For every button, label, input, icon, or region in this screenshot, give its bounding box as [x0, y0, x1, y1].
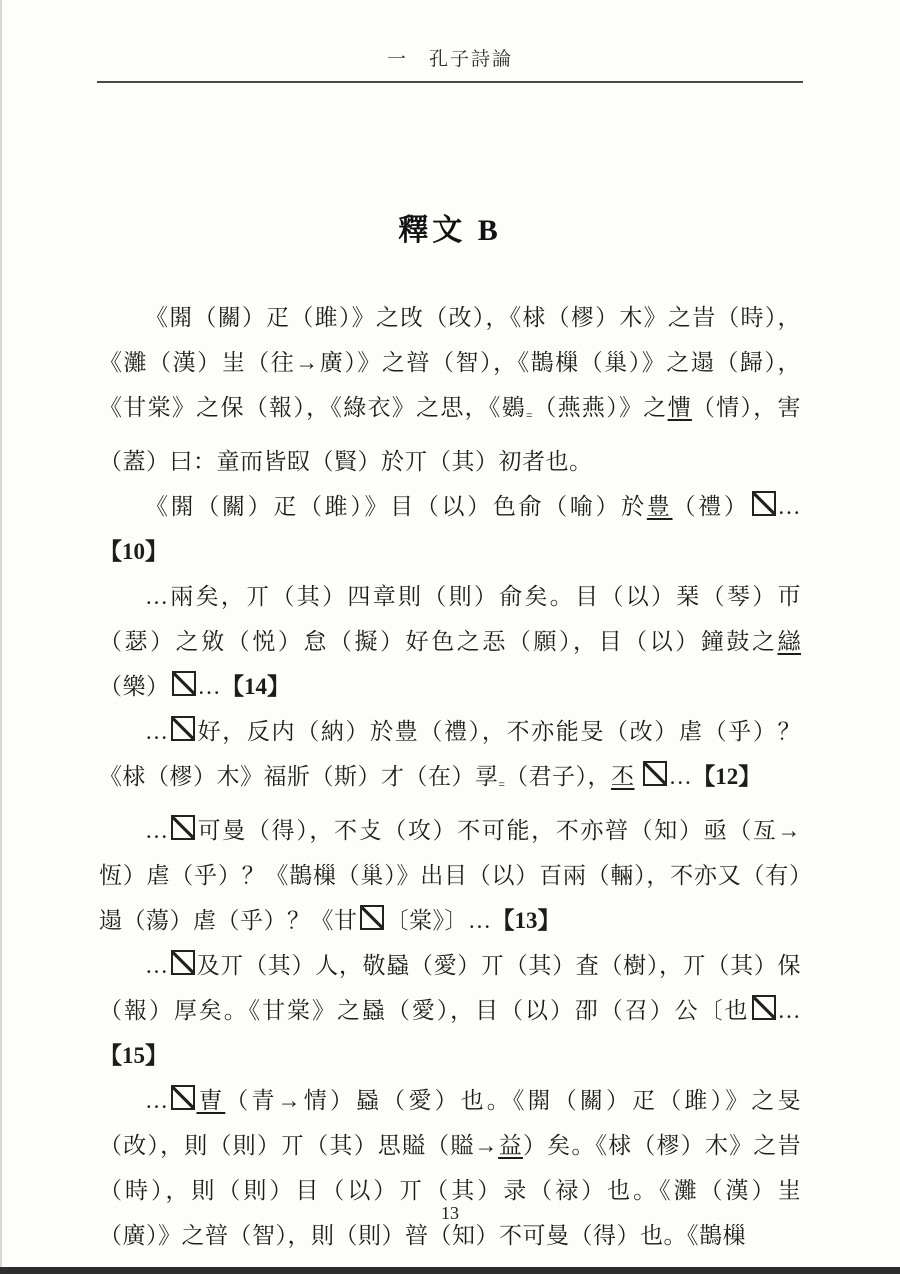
text-segment: （君子），	[505, 764, 611, 789]
paragraph: 《閞（關）疋（雎）》目（以）色俞（喻）於豊（禮）…【10】	[99, 484, 801, 574]
damaged-char-box	[171, 1085, 195, 1110]
paragraph: 《閞（關）疋（雎）》之攺（改），《梂（樛）木》之旹（時），《灘（漢）㞷（往→廣）…	[99, 295, 801, 484]
text-segment: 【14】	[221, 674, 290, 699]
text-segment: 丕	[611, 764, 635, 789]
section-title: 釋文 B	[0, 205, 900, 249]
text-segment: 〔棠》〕…	[386, 908, 492, 933]
text-segment: …	[145, 818, 169, 843]
damaged-char-box	[752, 995, 776, 1020]
text-segment	[635, 764, 641, 789]
text-segment: 曺	[197, 1088, 226, 1113]
text-segment: （燕燕）》之	[533, 395, 668, 420]
paragraph: …可曼（得），不攴（攻）不可能，不亦暜（知）亟（亙→恆）虐（乎）？《鵲樔（巢）》…	[99, 808, 801, 943]
text-segment: …	[669, 764, 693, 789]
text-segment: 慒	[668, 395, 692, 420]
text-segment: 豊	[647, 494, 673, 519]
paragraph: …兩矣，丌（其）四章則（則）俞矣。目（以）琹（琴）帀（瑟）之敓（悦）怠（擬）好色…	[99, 574, 801, 709]
damaged-char-box	[643, 761, 667, 786]
paragraph: …曺（青→情）蟁（愛）也。《閞（關）疋（雎）》之旻（改），則（則）丌（其）思賹（…	[99, 1078, 801, 1258]
text-segment: …	[198, 674, 222, 699]
text-segment: …	[145, 719, 169, 744]
damaged-char-box	[171, 950, 195, 975]
book-page: 一 孔子詩論 釋文 B 《閞（關）疋（雎）》之攺（改），《梂（樛）木》之旹（時）…	[0, 0, 900, 1274]
text-segment: 益	[498, 1133, 523, 1158]
damaged-char-box	[171, 815, 195, 840]
text-segment: 【10】	[99, 539, 168, 564]
damaged-char-box	[171, 716, 195, 741]
text-segment: 及丌（其）人，敬蟁（愛）丌（其）査（樹），丌（其）保（報）厚矣。《甘棠》之蟁（愛…	[99, 953, 801, 1023]
text-segment: …	[145, 1088, 169, 1113]
body-text: 《閞（關）疋（雎）》之攺（改），《梂（樛）木》之旹（時），《灘（漢）㞷（往→廣）…	[99, 295, 801, 1258]
scan-edge-left	[0, 0, 2, 1274]
page-number: 13	[0, 1203, 900, 1224]
text-segment: …	[778, 998, 802, 1023]
damaged-char-box	[172, 671, 196, 696]
header-rule	[97, 81, 803, 83]
text-segment: 【12】	[692, 764, 761, 789]
paragraph: …及丌（其）人，敬蟁（愛）丌（其）査（樹），丌（其）保（報）厚矣。《甘棠》之蟁（…	[99, 943, 801, 1078]
text-segment: …	[778, 494, 802, 519]
text-segment: （禮）	[673, 494, 750, 519]
scan-edge-bottom	[0, 1267, 900, 1274]
text-segment: 《閞（關）疋（雎）》目（以）色俞（喻）於	[145, 494, 647, 519]
text-segment: 䜌	[778, 629, 802, 654]
paragraph: …好，反内（納）於豊（禮），不亦能旻（改）虐（乎）？《梂（樛）木》福斨（斯）才（…	[99, 709, 801, 808]
damaged-char-box	[752, 491, 776, 516]
text-segment: …	[145, 953, 169, 978]
text-segment: …兩矣，丌（其）四章則（則）俞矣。目（以）琹（琴）帀（瑟）之敓（悦）怠（擬）好色…	[99, 584, 801, 654]
text-segment: （樂）	[99, 674, 170, 699]
text-segment: 【13】	[492, 908, 561, 933]
text-segment: 【15】	[99, 1043, 168, 1068]
damaged-char-box	[360, 905, 384, 930]
running-header: 一 孔子詩論	[0, 0, 900, 71]
